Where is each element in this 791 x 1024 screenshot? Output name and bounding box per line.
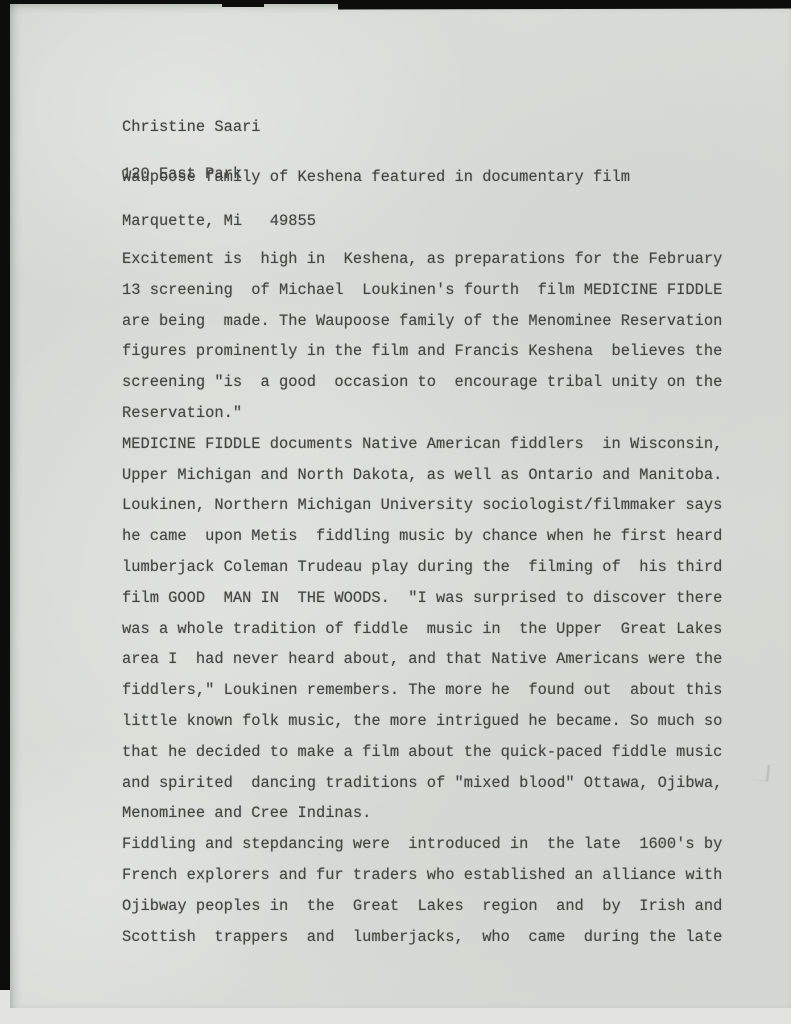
body-line: area I had never heard about, and that N… [122, 644, 722, 675]
body-line: and spirited dancing traditions of "mixe… [122, 768, 722, 799]
scanned-document-page: { "colors": { "paper": "#d6d8d2", "ink":… [0, 0, 791, 1024]
body-line: Reservation." [122, 398, 722, 429]
body-line: MEDICINE FIDDLE documents Native America… [122, 429, 722, 460]
body-line: he came upon Metis fiddling music by cha… [122, 521, 722, 552]
body-line: Menominee and Cree Indinas. [122, 798, 722, 829]
body-line: lumberjack Coleman Trudeau play during t… [122, 552, 722, 583]
body-line: 13 screening of Michael Loukinen's fourt… [122, 275, 722, 306]
body-line: film GOOD MAN IN THE WOODS. "I was surpr… [122, 583, 722, 614]
body-line: Scottish trappers and lumberjacks, who c… [122, 922, 722, 953]
body-line: little known folk music, the more intrig… [122, 706, 722, 737]
body-line: Loukinen, Northern Michigan University s… [122, 490, 722, 521]
body-line: was a whole tradition of fiddle music in… [122, 614, 722, 645]
body-line: French explorers and fur traders who est… [122, 860, 722, 891]
scan-top-band [338, 0, 791, 9]
body-line: that he decided to make a film about the… [122, 737, 722, 768]
body-line: screening "is a good occasion to encoura… [122, 367, 722, 398]
body-text: Excitement is high in Keshena, as prepar… [122, 208, 722, 952]
faint-pencil-mark [752, 763, 770, 782]
body-line: Ojibway peoples in the Great Lakes regio… [122, 891, 722, 922]
scan-top-notch [222, 0, 264, 7]
body-line: Upper Michigan and North Dakota, as well… [122, 460, 722, 491]
body-line: fiddlers," Loukinen remembers. The more … [122, 675, 722, 706]
sender-name: Christine Saari [122, 120, 316, 136]
body-line: figures prominently in the film and Fran… [122, 336, 722, 367]
body-line: Excitement is high in Keshena, as prepar… [122, 244, 722, 275]
headline: Waupoose family of Keshena featured in d… [122, 168, 630, 186]
body-line: are being made. The Waupoose family of t… [122, 306, 722, 337]
body-line: Fiddling and stepdancing were introduced… [122, 829, 722, 860]
